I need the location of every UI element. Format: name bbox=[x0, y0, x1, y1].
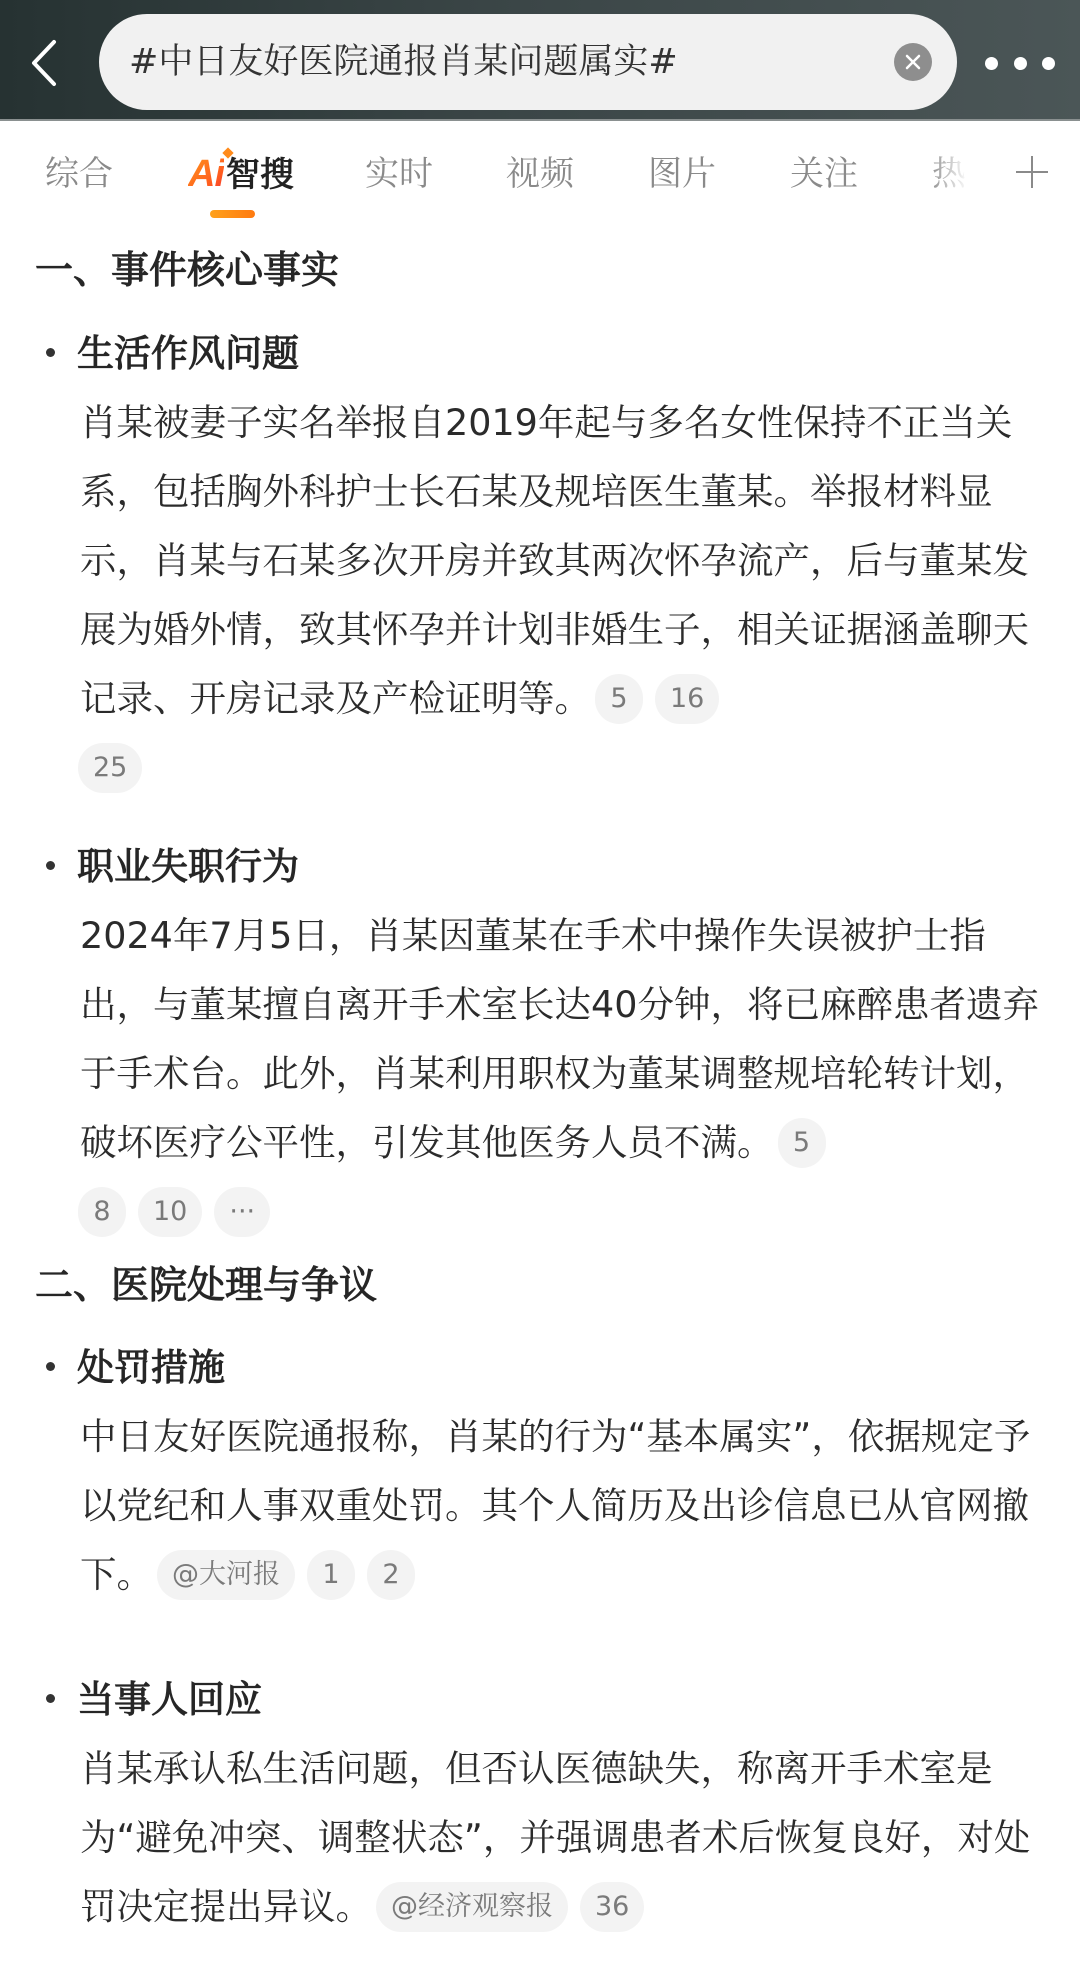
back-button[interactable] bbox=[24, 38, 64, 88]
tab-following[interactable]: 关注 bbox=[790, 151, 858, 197]
bullet-paragraph: 肖某被妻子实名举报自2019年起与多名女性保持不正当关系，包括胸外科护士长石某及… bbox=[80, 388, 1040, 802]
tab-images[interactable]: 图片 bbox=[648, 151, 716, 197]
citation-chip[interactable]: 2 bbox=[367, 1550, 415, 1600]
chevron-left-icon bbox=[24, 38, 64, 88]
more-citations-button[interactable]: ··· bbox=[214, 1187, 270, 1237]
citation-chip[interactable]: 1 bbox=[307, 1550, 355, 1600]
citation-chip[interactable]: 25 bbox=[78, 743, 142, 793]
section-heading: 一、事件核心事实 bbox=[35, 243, 339, 297]
tab-ai-search[interactable]: Ai智搜 bbox=[188, 151, 294, 197]
source-chip[interactable]: @经济观察报 bbox=[376, 1882, 568, 1932]
citation-chip[interactable]: 36 bbox=[580, 1882, 644, 1932]
bullet-paragraph: 2024年7月5日，肖某因董某在手术中操作失误被护士指出，与董某擅自离开手术室长… bbox=[80, 901, 1040, 1246]
bullet-paragraph: 肖某承认私生活问题，但否认医德缺失，称离开手术室是为“避免冲突、调整状态”，并强… bbox=[80, 1734, 1040, 1941]
clear-search-button[interactable] bbox=[894, 43, 932, 81]
ai-logo-icon: Ai bbox=[188, 153, 224, 195]
bullet-icon bbox=[46, 348, 55, 357]
citation-chip[interactable]: 5 bbox=[595, 674, 643, 724]
bullet-icon bbox=[46, 1694, 55, 1703]
tab-video[interactable]: 视频 bbox=[506, 151, 574, 197]
more-horizontal-icon bbox=[985, 57, 998, 70]
top-bar: #中日友好医院通报肖某问题属实# bbox=[0, 0, 1080, 121]
search-query-text: #中日友好医院通报肖某问题属实# bbox=[129, 14, 678, 110]
citation-chip[interactable]: 5 bbox=[778, 1118, 826, 1168]
bullet-icon bbox=[46, 1362, 55, 1371]
bullet-paragraph: 中日友好医院通报称，肖某的行为“基本属实”，依据规定予以党纪和人事双重处罚。其个… bbox=[80, 1402, 1040, 1609]
bullet-heading: 生活作风问题 bbox=[46, 327, 299, 381]
tab-bar: 综合 Ai智搜 实时 视频 图片 关注 热 bbox=[0, 123, 1080, 223]
bullet-icon bbox=[46, 861, 55, 870]
source-chip[interactable]: @大河报 bbox=[157, 1550, 295, 1600]
bullet-heading: 处罚措施 bbox=[46, 1341, 225, 1395]
add-tab-button[interactable] bbox=[1012, 149, 1052, 195]
citation-chip[interactable]: 8 bbox=[78, 1187, 126, 1237]
active-tab-indicator bbox=[210, 210, 255, 218]
citation-chip[interactable]: 16 bbox=[655, 674, 719, 724]
citation-chip[interactable]: 10 bbox=[138, 1187, 202, 1237]
section-heading: 二、医院处理与争议 bbox=[35, 1258, 377, 1312]
search-input[interactable]: #中日友好医院通报肖某问题属实# bbox=[99, 14, 957, 110]
bullet-heading: 职业失职行为 bbox=[46, 840, 299, 894]
more-button[interactable] bbox=[985, 50, 1055, 76]
tab-label: 智搜 bbox=[226, 155, 294, 195]
tab-comprehensive[interactable]: 综合 bbox=[45, 151, 113, 197]
bullet-heading: 当事人回应 bbox=[46, 1673, 262, 1727]
tab-hot[interactable]: 热 bbox=[932, 151, 966, 197]
tab-realtime[interactable]: 实时 bbox=[365, 151, 433, 197]
close-icon bbox=[904, 53, 922, 71]
